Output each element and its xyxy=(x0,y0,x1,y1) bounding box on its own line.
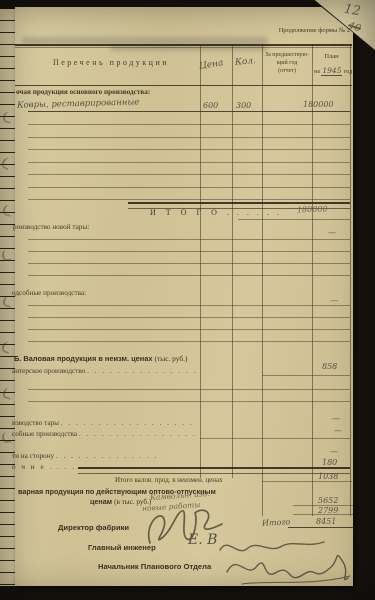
gross-row-label: изводство тары . . . . . . . . . . . . .… xyxy=(12,419,194,427)
itogo-value: 180000 xyxy=(297,204,328,214)
dash-mark: — xyxy=(328,228,336,237)
ruled-line xyxy=(238,219,350,220)
gross-row-label: ти на сторону . . . . . . . . . . . . . … xyxy=(12,452,158,460)
planning-head-label: Начальник Планового Отдела xyxy=(98,562,211,571)
gross-row-value: 180 xyxy=(322,458,337,467)
engineer-label: Главный инженер xyxy=(88,543,156,552)
form-continuation-note: Продолжение формы № 2 xyxy=(240,27,350,34)
document-photo: 12 40 Продолжение формы № 2 Перечень про… xyxy=(0,0,375,600)
page-number: 12 xyxy=(343,2,362,20)
gross-row-value: — xyxy=(332,414,340,423)
director-label: Директор фабрики xyxy=(58,523,129,532)
product-row-price: 600 xyxy=(203,101,218,110)
auxiliary-label: одсобные производства: xyxy=(12,289,86,297)
ruled-line xyxy=(262,375,350,376)
section-a-title: очая продукция основного производства: xyxy=(16,88,150,96)
gross-subtotal-label: Итого валов. прод. в неизмен. ценах xyxy=(115,476,223,484)
gross-row-label: собные производства . . . . . . . . . . … xyxy=(12,430,197,438)
commodity-value-1: 5652 xyxy=(318,496,338,505)
dash-mark: — xyxy=(330,296,338,305)
ruled-line xyxy=(262,481,352,482)
gross-subtotal-value: 1038 xyxy=(318,472,338,481)
commodity-itogo-label: Итого xyxy=(262,517,291,527)
gross-row-value: — xyxy=(334,426,342,435)
product-row-qty: 300 xyxy=(236,101,251,110)
planning-head-signature xyxy=(222,540,357,588)
gross-row-value: — xyxy=(330,447,338,456)
column-header-product: Перечень продукции xyxy=(30,58,192,67)
totals-rule xyxy=(78,467,350,474)
ruled-line xyxy=(200,438,350,439)
new-tare-label: роизводство новой тары: xyxy=(13,223,89,231)
product-row-plan: 180000 xyxy=(303,100,334,109)
plan-year-handwritten: 1945 xyxy=(321,66,342,76)
section-b-title: Б. Валовая продукция в неизм. ценах (тыс… xyxy=(14,354,187,363)
engineer-signature-initial: Е. В xyxy=(188,532,217,548)
ruled-line xyxy=(293,514,353,515)
gross-row-label: антерское производство . . . . . . . . .… xyxy=(12,367,197,375)
commodity-itogo-value: 8451 xyxy=(316,517,336,526)
ruled-line xyxy=(288,527,354,528)
column-header-handwritten-qty: Кол. xyxy=(235,56,257,68)
itogo-label: И Т О Г О . . . . . . xyxy=(150,208,282,217)
gross-row-value: 858 xyxy=(322,362,337,371)
